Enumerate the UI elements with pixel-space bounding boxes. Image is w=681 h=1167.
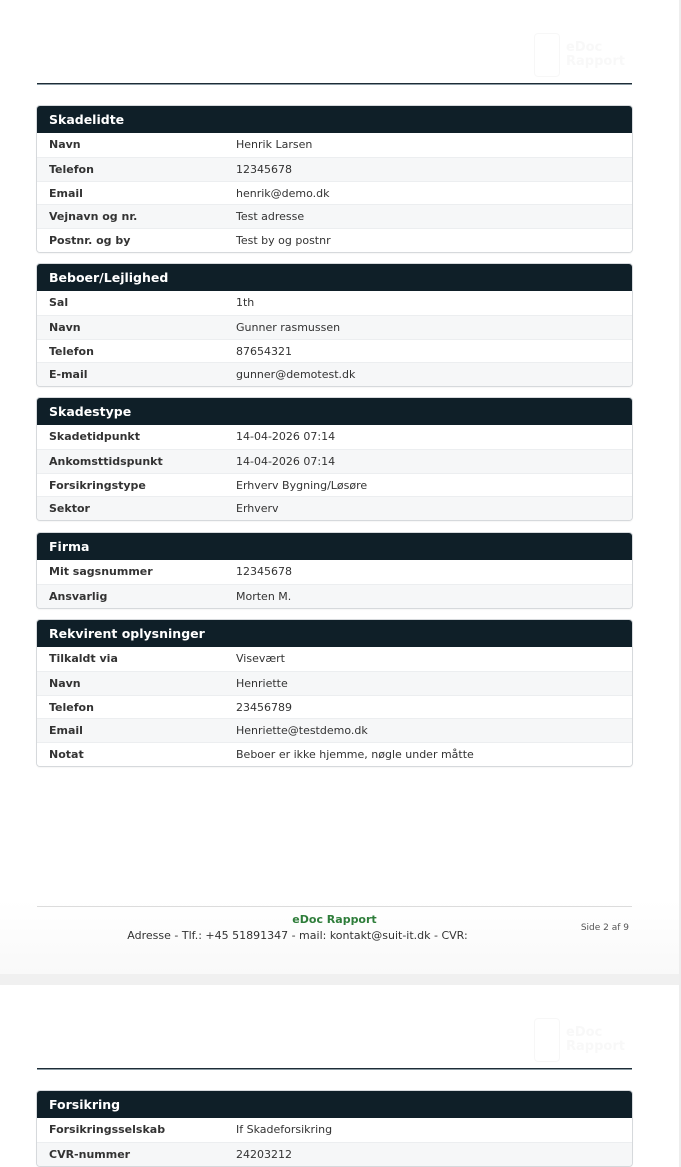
field-value: 87654321 [236,340,632,363]
field-label: Email [37,719,236,742]
page-number: Side 2 af 9 [581,923,629,933]
field-label: Navn [37,316,236,339]
field-value: Erhverv [236,497,632,520]
field-value: 14-04-2026 07:14 [236,450,632,473]
table-row: SektorErhverv [37,496,632,520]
section-title: Beboer/Lejlighed [37,264,632,291]
table-row: Telefon12345678 [37,157,632,181]
table-row: CVR-nummer24203212 [37,1142,632,1166]
table-row: Skadetidpunkt14-04-2026 07:14 [37,425,632,449]
footer-brand: eDoc Rapport [37,913,632,926]
field-value: Henriette [236,672,632,695]
field-label: Telefon [37,696,236,719]
table-row: Emailhenrik@demo.dk [37,181,632,205]
field-label: CVR-nummer [37,1143,236,1166]
header-divider [37,1068,632,1070]
field-value: Henriette@testdemo.dk [236,719,632,742]
field-label: Telefon [37,158,236,181]
table-row: Vejnavn og nr.Test adresse [37,204,632,228]
field-label: Sektor [37,497,236,520]
section-firma: FirmaMit sagsnummer12345678AnsvarligMort… [36,532,633,609]
field-label: E-mail [37,363,236,386]
section-forsikring: ForsikringForsikringsselskabIf Skadefors… [36,1090,633,1167]
edoc-logo: eDoc Rapport [534,32,630,78]
report-page-2: eDoc Rapport SkadelidteNavnHenrik Larsen… [0,0,679,974]
section-title: Forsikring [37,1091,632,1118]
table-row: Sal1th [37,291,632,315]
edoc-logo: eDoc Rapport [534,1017,630,1063]
field-value: Morten M. [236,585,632,608]
field-value: Test adresse [236,205,632,228]
table-row: Ankomsttidspunkt14-04-2026 07:14 [37,449,632,473]
logo-line2: Rapport [566,1040,625,1054]
logo-line2: Rapport [566,55,625,69]
field-label: Vejnavn og nr. [37,205,236,228]
footer-divider [37,906,632,907]
field-label: Email [37,182,236,205]
field-value: 23456789 [236,696,632,719]
field-label: Postnr. og by [37,229,236,252]
table-row: NavnGunner rasmussen [37,315,632,339]
section-title: Rekvirent oplysninger [37,620,632,647]
field-label: Skadetidpunkt [37,425,236,449]
logo-line1: eDoc [566,41,625,55]
field-label: Mit sagsnummer [37,560,236,584]
table-row: Tilkaldt viaVisevært [37,647,632,671]
field-label: Notat [37,743,236,766]
header-divider [37,83,632,85]
table-row: E-mailgunner@demotest.dk [37,362,632,386]
section-title: Skadestype [37,398,632,425]
table-row: Postnr. og byTest by og postnr [37,228,632,252]
field-label: Tilkaldt via [37,647,236,671]
logo-line1: eDoc [566,1026,625,1040]
table-row: ForsikringsselskabIf Skadeforsikring [37,1118,632,1142]
section-title: Skadelidte [37,106,632,133]
table-row: Telefon87654321 [37,339,632,363]
table-row: EmailHenriette@testdemo.dk [37,718,632,742]
field-label: Forsikringsselskab [37,1118,236,1142]
field-value: 1th [236,291,632,315]
section-skadestype: SkadestypeSkadetidpunkt14-04-2026 07:14A… [36,397,633,521]
field-value: Test by og postnr [236,229,632,252]
field-value: Henrik Larsen [236,133,632,157]
report-page-3: eDoc Rapport ForsikringForsikringsselska… [0,985,679,1167]
section-title: Firma [37,533,632,560]
field-value: Gunner rasmussen [236,316,632,339]
field-value: Beboer er ikke hjemme, nøgle under måtte [236,743,632,766]
field-value: Visevært [236,647,632,671]
field-value: If Skadeforsikring [236,1118,632,1142]
table-row: NavnHenrik Larsen [37,133,632,157]
field-label: Forsikringstype [37,474,236,497]
table-row: NavnHenriette [37,671,632,695]
tablet-icon [534,1018,560,1062]
field-label: Ankomsttidspunkt [37,450,236,473]
table-row: Mit sagsnummer12345678 [37,560,632,584]
field-label: Navn [37,133,236,157]
field-value: henrik@demo.dk [236,182,632,205]
section-rekvirent-oplysninger: Rekvirent oplysningerTilkaldt viaVisevær… [36,619,633,767]
table-row: Telefon23456789 [37,695,632,719]
field-value: 24203212 [236,1143,632,1166]
table-row: AnsvarligMorten M. [37,584,632,608]
field-label: Telefon [37,340,236,363]
field-value: 12345678 [236,560,632,584]
section-beboer-lejlighed: Beboer/LejlighedSal1thNavnGunner rasmuss… [36,263,633,387]
field-label: Sal [37,291,236,315]
table-row: ForsikringstypeErhverv Bygning/Løsøre [37,473,632,497]
tablet-icon [534,33,560,77]
table-row: NotatBeboer er ikke hjemme, nøgle under … [37,742,632,766]
field-label: Navn [37,672,236,695]
field-value: gunner@demotest.dk [236,363,632,386]
field-value: 14-04-2026 07:14 [236,425,632,449]
field-value: 12345678 [236,158,632,181]
footer-address: Adresse - Tlf.: +45 51891347 - mail: kon… [0,929,595,942]
section-skadelidte: SkadelidteNavnHenrik LarsenTelefon123456… [36,105,633,253]
field-label: Ansvarlig [37,585,236,608]
field-value: Erhverv Bygning/Løsøre [236,474,632,497]
